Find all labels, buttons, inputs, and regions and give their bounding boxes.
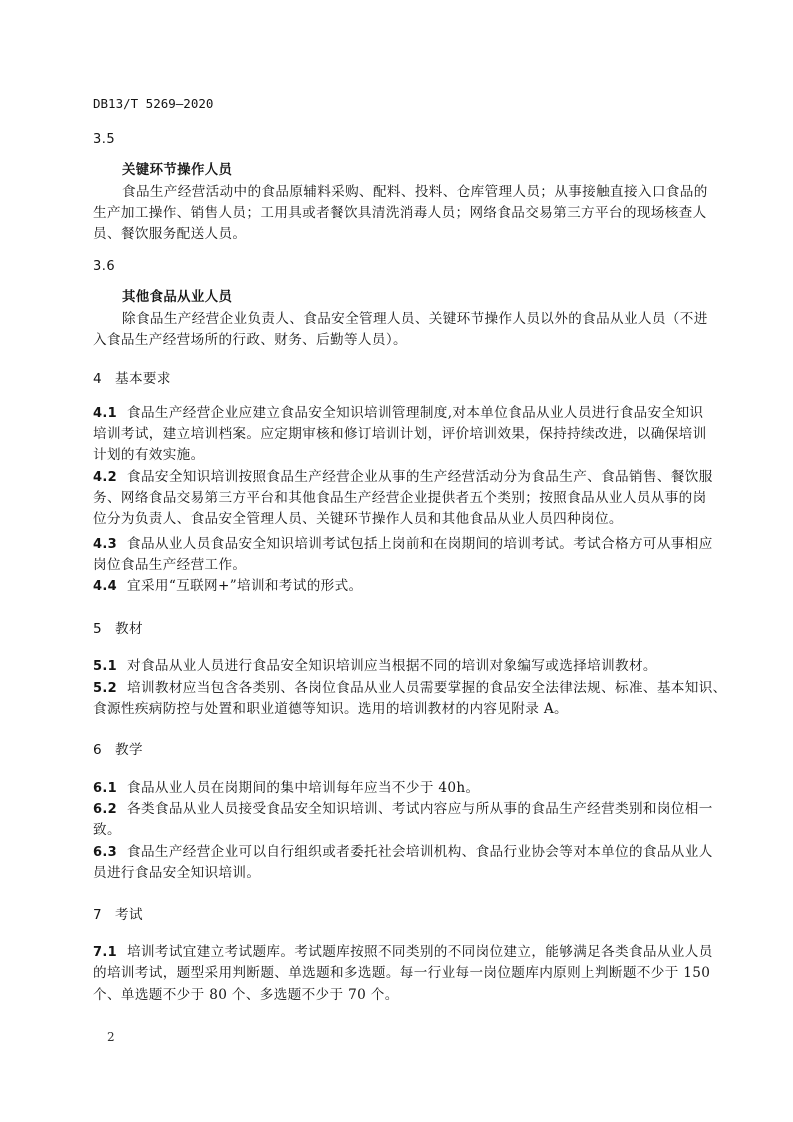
section-title: 基本要求 [115, 371, 171, 387]
clause-text: 各类食品从业人员接受食品安全知识培训、考试内容应与所从事的食品生产经营类别和岗位… [127, 801, 713, 817]
clause-number: 6.1 [93, 780, 127, 798]
term-title-3-6: 其他食品从业人员 [122, 289, 742, 307]
clause-text: 食品生产经营企业应建立食品安全知识培训管理制度,对本单位食品从业人员进行食品安全… [127, 405, 703, 421]
clause-text-line: 培训考试，建立培训档案。应定期审核和修订培训计划，评价培训效果，保持持续改进，以… [93, 425, 713, 443]
section-title: 考试 [115, 907, 143, 923]
clause-4-3-line: 4.3食品从业人员食品安全知识培训考试包括上岗前和在岗期间的培训考试。考试合格方… [93, 535, 713, 554]
clause-text: 食品生产经营企业可以自行组织或者委托社会培训机构、食品行业协会等对本单位的食品从… [127, 844, 713, 860]
clause-4-2-line: 4.2食品安全知识培训按照食品生产经营企业从事的生产经营活动分为食品生产、食品销… [93, 468, 713, 487]
clause-number-3-6: 3.6 [93, 258, 713, 276]
clause-text: 培训教材应当包含各类别、各岗位食品从业人员需要掌握的食品安全法律法规、标准、基本… [127, 680, 727, 696]
clause-number: 6.3 [93, 844, 127, 862]
section-title: 教学 [115, 742, 143, 758]
clause-number: 4.3 [93, 536, 127, 554]
clause-5-1-line: 5.1对食品从业人员进行食品安全知识培训应当根据不同的培训对象编写或选择培训教材… [93, 657, 713, 676]
term-title-3-5: 关键环节操作人员 [122, 162, 742, 180]
clause-6-3-line: 6.3食品生产经营企业可以自行组织或者委托社会培训机构、食品行业协会等对本单位的… [93, 843, 713, 862]
clause-text: 对食品从业人员进行食品安全知识培训应当根据不同的培训对象编写或选择培训教材。 [127, 658, 657, 674]
clause-text-line: 食源性疾病防控与处置和职业道德等知识。选用的培训教材的内容见附录 A。 [93, 700, 713, 718]
clause-number: 5.1 [93, 658, 127, 676]
clause-text: 食品从业人员食品安全知识培训考试包括上岗前和在岗期间的培训考试。考试合格方可从事… [127, 536, 713, 552]
clause-number: 5.2 [93, 680, 127, 698]
section-number: 7 [93, 906, 115, 924]
clause-number: 6.2 [93, 801, 127, 819]
document-page: DB13/T 5269—2020 3.5 关键环节操作人员 食品生产经营活动中的… [0, 0, 793, 1122]
section-title: 教材 [115, 621, 143, 637]
section-number: 6 [93, 741, 115, 759]
clause-4-4-line: 4.4宜采用“互联网+”培训和考试的形式。 [93, 577, 713, 596]
clause-5-2-line: 5.2培训教材应当包含各类别、各岗位食品从业人员需要掌握的食品安全法律法规、标准… [93, 679, 713, 698]
clause-number: 4.1 [93, 405, 127, 423]
clause-text: 食品安全知识培训按照食品生产经营企业从事的生产经营活动分为食品生产、食品销售、餐… [127, 469, 713, 485]
section-number: 4 [93, 370, 115, 388]
page-number: 2 [107, 1030, 115, 1044]
clause-text-line: 员进行食品安全知识培训。 [93, 864, 713, 882]
clause-text-line: 个、单选题不少于 80 个、多选题不少于 70 个。 [93, 986, 713, 1004]
clause-text-line: 致。 [93, 821, 713, 839]
clause-6-2-line: 6.2各类食品从业人员接受食品安全知识培训、考试内容应与所从事的食品生产经营类别… [93, 800, 713, 819]
clause-number: 7.1 [93, 944, 127, 962]
clause-text-line: 计划的有效实施。 [93, 446, 713, 464]
definition-line: 员、餐饮服务配送人员。 [93, 225, 713, 243]
clause-text-line: 务、网络食品交易第三方平台和其他食品生产经营企业提供者五个类别；按照食品从业人员… [93, 489, 713, 507]
clause-number: 4.4 [93, 578, 127, 596]
definition-line: 食品生产经营活动中的食品原辅料采购、配料、投料、仓库管理人员；从事接触直接入口食… [122, 183, 713, 201]
clause-7-1-line: 7.1培训考试宜建立考试题库。考试题库按照不同类别的不同岗位建立，能够满足各类食… [93, 943, 713, 962]
section-number: 5 [93, 620, 115, 638]
section-heading-4: 4基本要求 [93, 370, 713, 388]
clause-text-line: 的培训考试，题型采用判断题、单选题和多选题。每一行业每一岗位题库内原则上判断题不… [93, 964, 713, 982]
definition-line: 除食品生产经营企业负责人、食品安全管理人员、关键环节操作人员以外的食品从业人员（… [122, 310, 742, 328]
clause-text-line: 岗位食品生产经营工作。 [93, 556, 713, 574]
clause-text: 培训考试宜建立考试题库。考试题库按照不同类别的不同岗位建立，能够满足各类食品从业… [127, 944, 713, 960]
clause-number-3-5: 3.5 [93, 131, 713, 149]
clause-text: 食品从业人员在岗期间的集中培训每年应当不少于 40h。 [127, 780, 479, 796]
clause-text-line: 位分为负责人、食品安全管理人员、关键环节操作人员和其他食品从业人员四种岗位。 [93, 510, 713, 528]
clause-text: 宜采用“互联网+”培训和考试的形式。 [127, 578, 363, 594]
clause-4-1-line: 4.1食品生产经营企业应建立食品安全知识培训管理制度,对本单位食品从业人员进行食… [93, 404, 713, 423]
section-heading-6: 6教学 [93, 741, 713, 759]
definition-line: 入食品生产经营场所的行政、财务、后勤等人员）。 [93, 331, 713, 349]
section-heading-7: 7考试 [93, 906, 713, 924]
definition-line: 生产加工操作、销售人员；工用具或者餐饮具清洗消毒人员；网络食品交易第三方平台的现… [93, 204, 713, 222]
document-id-header: DB13/T 5269—2020 [93, 95, 713, 113]
clause-number: 4.2 [93, 469, 127, 487]
section-heading-5: 5教材 [93, 620, 713, 638]
clause-6-1-line: 6.1食品从业人员在岗期间的集中培训每年应当不少于 40h。 [93, 779, 713, 798]
